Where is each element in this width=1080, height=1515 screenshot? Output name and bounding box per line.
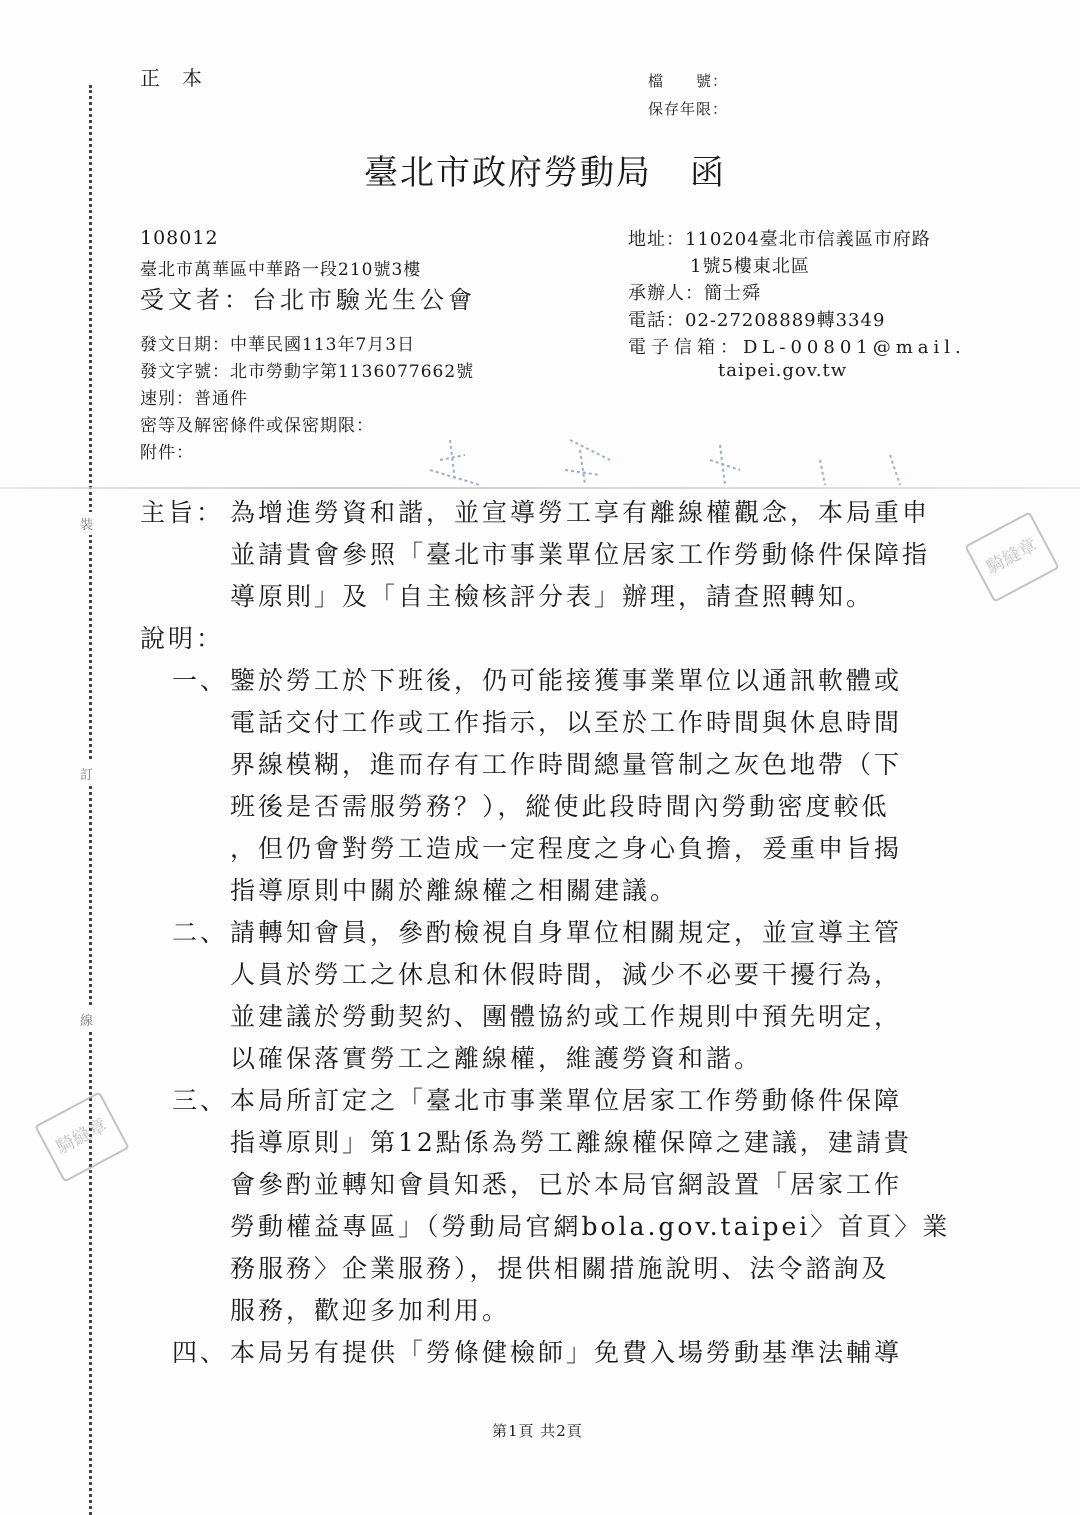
document-title: 臺北市政府勞動局函	[364, 145, 726, 194]
item-line: 界線模糊，進而存有工作時間總量管制之灰色地帶（下	[230, 745, 902, 781]
speed-category: 速別：普通件	[140, 384, 248, 409]
item-line: 以確保落實勞工之離線權，維護勞資和諧。	[230, 1039, 762, 1075]
binding-mark-zhuang: 裝	[80, 512, 93, 535]
seam-seal-stamp-right: 騎縫章	[964, 511, 1059, 602]
item-line: 務服務〉企業服務），提供相關措施說明、法令諮詢及	[230, 1249, 890, 1285]
seam-seal-stamp-left: 騎縫章	[34, 1091, 129, 1182]
explanation-label: 說明：	[140, 619, 224, 655]
item-number: 四、	[172, 1333, 228, 1369]
subject-line: 為增進勞資和諧，並宣導勞工享有離線權觀念，本局重申	[230, 493, 930, 529]
subject-label: 主旨：	[140, 493, 224, 529]
recipient-name: 受文者：台北市驗光生公會	[140, 280, 476, 315]
subject-line: 並請貴會參照「臺北市事業單位居家工作勞動條件保障指	[230, 535, 930, 571]
handler-name: 承辦人：簡士舜	[628, 279, 761, 305]
subject-line: 導原則」及「自主檢核評分表」辦理，請查照轉知。	[230, 577, 874, 613]
item-line: 請轉知會員，參酌檢視自身單位相關規定，並宣導主管	[230, 913, 902, 949]
item-line: 本局所訂定之「臺北市事業單位居家工作勞動條件保障	[230, 1081, 902, 1117]
document-type: 函	[690, 153, 726, 193]
email-line2: taipei.gov.tw	[718, 360, 847, 381]
item-line: 指導原則中關於離線權之相關建議。	[230, 871, 678, 907]
file-number-label: 檔 號：	[648, 70, 728, 91]
item-line: 勞動權益專區」（勞動局官網bola.gov.taipei〉首頁〉業	[230, 1207, 950, 1243]
confidentiality-field: 密等及解密條件或保密期限：	[140, 411, 374, 436]
item-line: 本局另有提供「勞條健檢師」免費入場勞動基準法輔導	[230, 1333, 902, 1369]
item-number: 三、	[172, 1081, 228, 1117]
item-line: 指導原則」第12點係為勞工離線權保障之建議，建請貴	[230, 1123, 912, 1159]
item-line: 會參酌並轉知會員知悉，已於本局官網設置「居家工作	[230, 1165, 902, 1201]
item-number: 一、	[172, 661, 228, 697]
retention-period-label: 保存年限：	[648, 98, 728, 119]
item-line: 服務，歡迎多加利用。	[230, 1291, 510, 1327]
item-line: 電話交付工作或工作指示，以至於工作時間與休息時間	[230, 703, 902, 739]
copy-label: 正本	[140, 62, 224, 91]
recipient-address: 臺北市萬華區中華路一段210號3樓	[140, 255, 421, 280]
issue-date: 發文日期：中華民國113年7月3日	[140, 330, 415, 355]
sender-address-line2: 1號5樓東北區	[690, 252, 810, 278]
binding-dotted-line	[89, 85, 92, 1515]
document-number: 發文字號：北市勞動字第1136077662號	[140, 357, 474, 382]
item-line: 班後是否需服勞務？），縱使此段時間內勞動密度較低	[230, 787, 890, 823]
item-number: 二、	[172, 913, 228, 949]
phone-number: 電話：02-27208889轉3349	[628, 306, 885, 332]
page-number: 第1頁 共2頁	[492, 1420, 583, 1441]
issuing-agency: 臺北市政府勞動局	[364, 153, 652, 193]
email-line1: 電子信箱：DL-00801@mail.	[628, 333, 966, 359]
handwritten-signature	[420, 430, 940, 490]
item-line: 鑒於勞工於下班後，仍可能接獲事業單位以通訊軟體或	[230, 661, 902, 697]
sender-address-line1: 地址：110204臺北市信義區市府路	[628, 225, 931, 251]
binding-mark-ding: 訂	[80, 762, 93, 785]
attachments-field: 附件：	[140, 438, 194, 463]
item-line: ，但仍會對勞工造成一定程度之身心負擔，爰重申旨揭	[230, 829, 902, 865]
paper-fold-line	[0, 487, 1080, 489]
item-line: 人員於勞工之休息和休假時間，減少不必要干擾行為，	[230, 955, 902, 991]
postal-code: 108012	[140, 227, 219, 249]
item-line: 並建議於勞動契約、團體協約或工作規則中預先明定，	[230, 997, 902, 1033]
binding-mark-xian: 線	[80, 1008, 93, 1031]
